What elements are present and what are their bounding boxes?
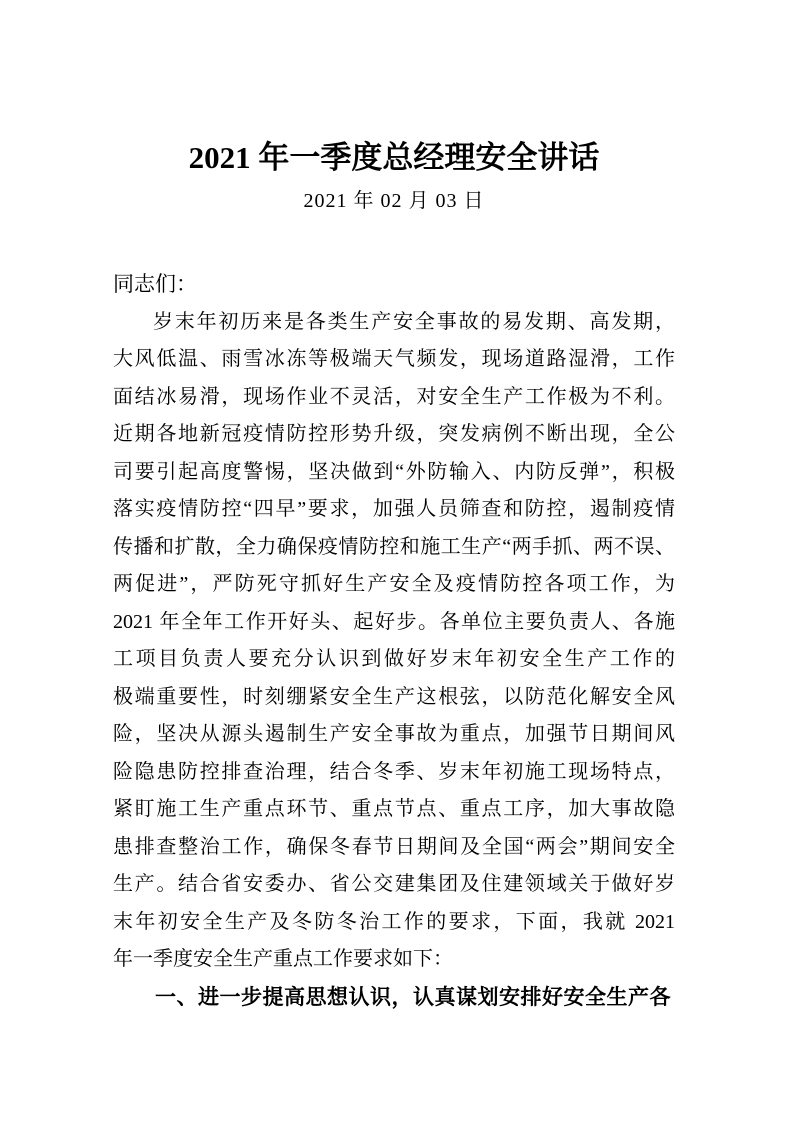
document-content: 2021 年一季度总经理安全讲话 2021 年 02 月 03 日 同志们： 岁… <box>113 0 675 1016</box>
body-paragraph: 岁末年初历来是各类生产安全事故的易发期、高发期， 大风低温、雨雪冰冻等极端天气频… <box>113 304 675 979</box>
paragraph-line: 紧盯施工生产重点环节、重点节点、重点工序，加大事故隐 <box>113 791 675 829</box>
document-date: 2021 年 02 月 03 日 <box>113 186 675 216</box>
paragraph-line: 末年初安全生产及冬防冬治工作的要求，下面，我就 2021 <box>113 904 675 942</box>
paragraph-line: 近期各地新冠疫情防控形势升级，突发病例不断出现，全公 <box>113 416 675 454</box>
paragraph-line: 险隐患防控排查治理，结合冬季、岁末年初施工现场特点， <box>113 754 675 792</box>
paragraph-line: 传播和扩散，全力确保疫情防控和施工生产“两手抓、两不误、 <box>113 529 675 567</box>
paragraph-line: 患排查整治工作，确保冬春节日期间及全国“两会”期间安全 <box>113 829 675 867</box>
paragraph-line: 工项目负责人要充分认识到做好岁末年初安全生产工作的 <box>113 641 675 679</box>
section-heading: 一、进一步提高思想认识，认真谋划安排好安全生产各 <box>113 979 675 1017</box>
paragraph-line: 岁末年初历来是各类生产安全事故的易发期、高发期， <box>113 304 675 342</box>
paragraph-line: 年一季度安全生产重点工作要求如下： <box>113 941 675 979</box>
document-title: 2021 年一季度总经理安全讲话 <box>113 138 675 178</box>
paragraph-line: 司要引起高度警惕，坚决做到“外防输入、内防反弹”，积极 <box>113 454 675 492</box>
paragraph-line: 险，坚决从源头遏制生产安全事故为重点，加强节日期间风 <box>113 716 675 754</box>
paragraph-line: 极端重要性，时刻绷紧安全生产这根弦，以防范化解安全风 <box>113 679 675 717</box>
paragraph-line: 面结冰易滑，现场作业不灵活，对安全生产工作极为不利。 <box>113 379 675 417</box>
paragraph-line: 2021 年全年工作开好头、起好步。各单位主要负责人、各施 <box>113 604 675 642</box>
paragraph-line: 大风低温、雨雪冰冻等极端天气频发，现场道路湿滑，工作 <box>113 341 675 379</box>
document-page: 2021 年一季度总经理安全讲话 2021 年 02 月 03 日 同志们： 岁… <box>0 0 793 1122</box>
paragraph-line: 两促进”，严防死守抓好生产安全及疫情防控各项工作，为 <box>113 566 675 604</box>
salutation: 同志们： <box>113 266 675 304</box>
paragraph-line: 落实疫情防控“四早”要求，加强人员筛查和防控，遏制疫情 <box>113 491 675 529</box>
paragraph-line: 生产。结合省安委办、省公交建集团及住建领域关于做好岁 <box>113 866 675 904</box>
